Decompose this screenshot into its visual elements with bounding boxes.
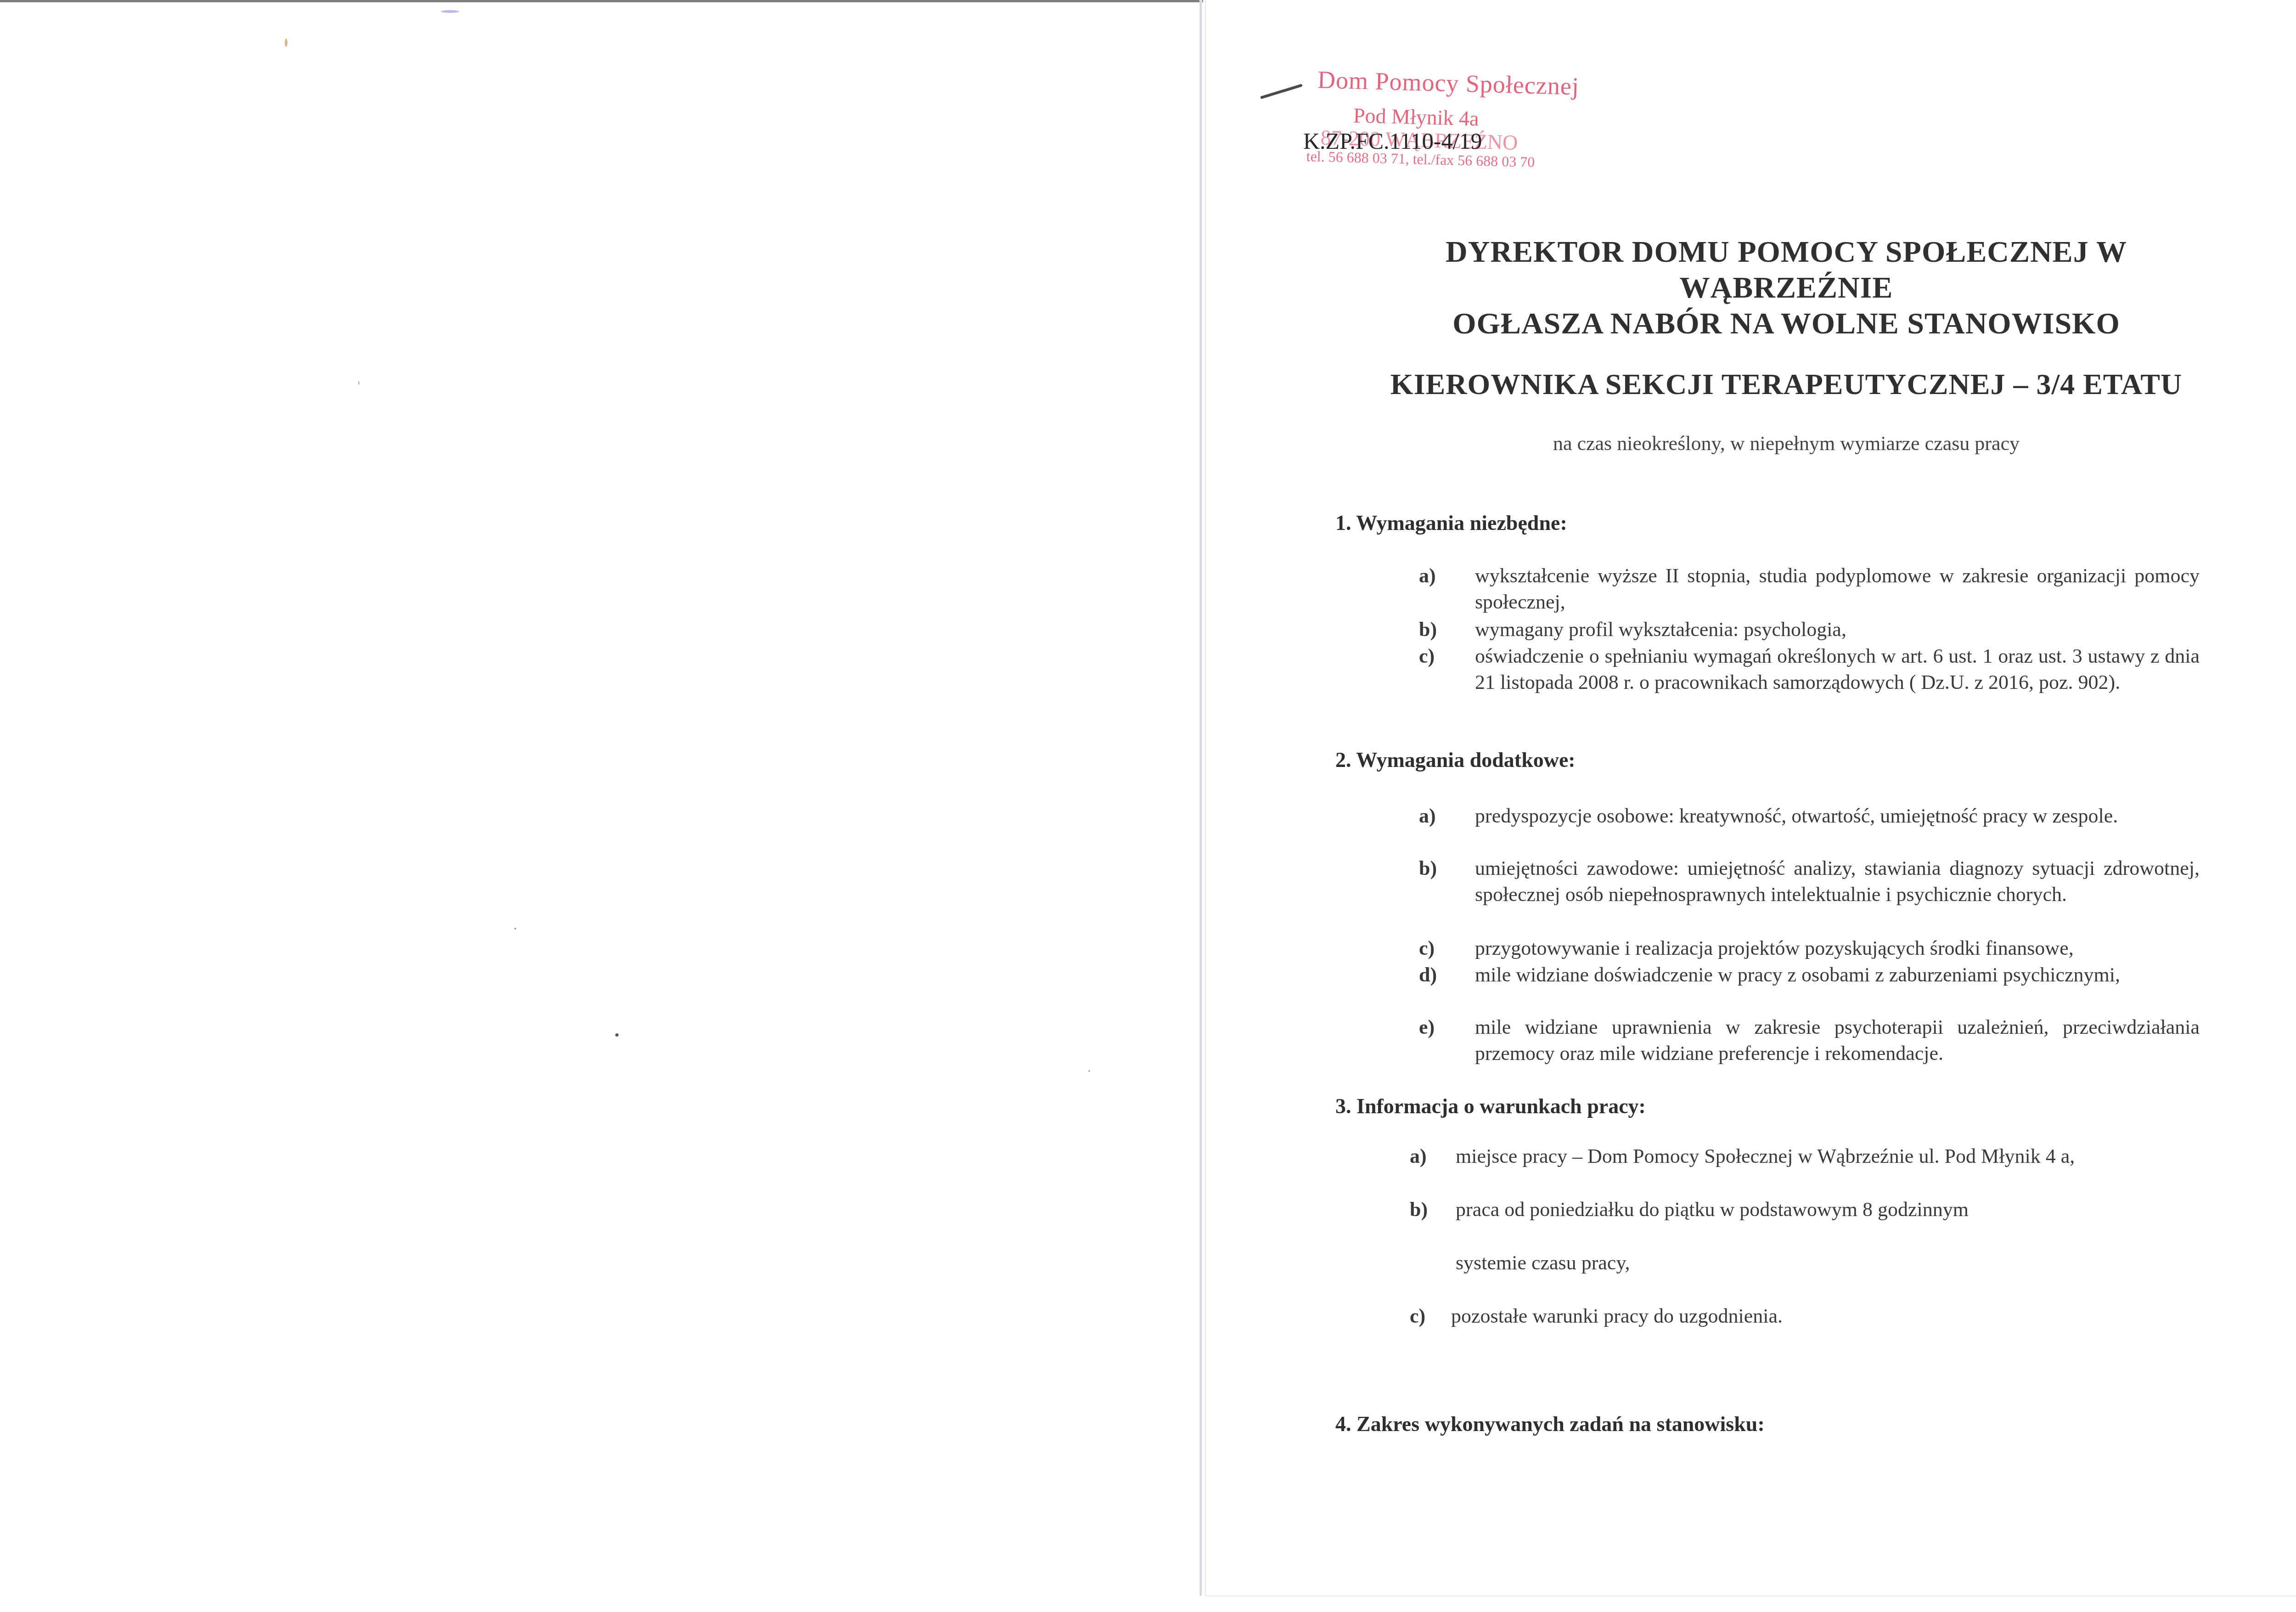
- scan-speck: [1088, 1070, 1090, 1072]
- position-title: KIEROWNIKA SEKCJI TERAPEUTYCZNEJ – 3/4 E…: [1322, 367, 2250, 401]
- section-heading-additional: 2. Wymagania dodatkowe:: [1335, 748, 1576, 772]
- list-text: oświadczenie o spełnianiu wymagań określ…: [1475, 643, 2200, 695]
- list-item: b)praca od poniedziałku do piątku w pods…: [1410, 1198, 1969, 1221]
- list-marker: e): [1419, 1014, 1451, 1040]
- scan-edge: [0, 0, 1203, 2]
- list-text: mile widziane uprawnienia w zakresie psy…: [1475, 1014, 2200, 1066]
- list-marker: c): [1419, 643, 1451, 669]
- list-marker: a): [1419, 803, 1451, 829]
- employment-terms: na czas nieokreślony, w niepełnym wymiar…: [1322, 432, 2250, 455]
- scan-speck: [615, 1033, 619, 1037]
- list-marker: b): [1419, 855, 1451, 881]
- list-item: b) umiejętności zawodowe: umiejętność an…: [1419, 855, 2200, 907]
- list-marker: c): [1410, 1304, 1451, 1328]
- institution-stamp: Dom Pomocy Społecznej Pod Młynik 4a 87-2…: [1273, 64, 1575, 187]
- list-item: e) mile widziane uprawnienia w zakresie …: [1419, 1014, 2200, 1066]
- scan-speck: [514, 928, 516, 930]
- list-item-continuation: systemie czasu pracy,: [1456, 1251, 1630, 1274]
- list-text: umiejętności zawodowe: umiejętność anali…: [1475, 855, 2200, 907]
- list-text: miejsce pracy – Dom Pomocy Społecznej w …: [1456, 1145, 2075, 1167]
- list-marker: b): [1410, 1198, 1456, 1221]
- title-line-2: WĄBRZEŹNIE: [1322, 270, 2250, 306]
- list-marker: a): [1419, 563, 1451, 589]
- list-text: wykształcenie wyższe II stopnia, studia …: [1475, 563, 2200, 615]
- list-item: c)pozostałe warunki pracy do uzgodnienia…: [1410, 1304, 1783, 1328]
- reference-number: K.ZP.FC.1110-4/19: [1303, 128, 1482, 154]
- page-binding: [1199, 0, 1202, 1596]
- scan-speck: [358, 381, 360, 385]
- section-heading-conditions: 3. Informacja o warunkach pracy:: [1335, 1094, 1646, 1118]
- scan-speck: [285, 39, 287, 47]
- list-item: b) wymagany profil wykształcenia: psycho…: [1419, 616, 2200, 643]
- list-text: mile widziane doświadczenie w pracy z os…: [1475, 962, 2200, 988]
- list-text: wymagany profil wykształcenia: psycholog…: [1475, 616, 2200, 643]
- list-text: praca od poniedziałku do piątku w podsta…: [1456, 1198, 1969, 1221]
- title-line-1: DYREKTOR DOMU POMOCY SPOŁECZNEJ W: [1322, 234, 2250, 270]
- title-line-3: OGŁASZA NABÓR NA WOLNE STANOWISKO: [1322, 306, 2250, 342]
- list-marker: a): [1410, 1144, 1456, 1168]
- list-text: pozostałe warunki pracy do uzgodnienia.: [1451, 1305, 1783, 1327]
- list-marker: c): [1419, 935, 1451, 961]
- list-text: systemie czasu pracy,: [1456, 1251, 1630, 1274]
- scan-speck: [441, 10, 459, 13]
- list-text: predyspozycje osobowe: kreatywność, otwa…: [1475, 803, 2200, 829]
- list-item: a)miejsce pracy – Dom Pomocy Społecznej …: [1410, 1144, 2075, 1168]
- list-text: przygotowywanie i realizacja projektów p…: [1475, 935, 2200, 961]
- left-page-blank: [0, 0, 1203, 1612]
- list-item: a) wykształcenie wyższe II stopnia, stud…: [1419, 563, 2200, 615]
- list-item: c) przygotowywanie i realizacja projektó…: [1419, 935, 2200, 961]
- document-title: DYREKTOR DOMU POMOCY SPOŁECZNEJ W WĄBRZE…: [1322, 234, 2250, 342]
- list-marker: b): [1419, 616, 1451, 643]
- list-item: c) oświadczenie o spełnianiu wymagań okr…: [1419, 643, 2200, 695]
- list-item: d) mile widziane doświadczenie w pracy z…: [1419, 962, 2200, 988]
- list-marker: d): [1419, 962, 1451, 988]
- section-heading-required: 1. Wymagania niezbędne:: [1335, 511, 1567, 535]
- list-item: a) predyspozycje osobowe: kreatywność, o…: [1419, 803, 2200, 829]
- section-heading-duties: 4. Zakres wykonywanych zadań na stanowis…: [1335, 1412, 1765, 1436]
